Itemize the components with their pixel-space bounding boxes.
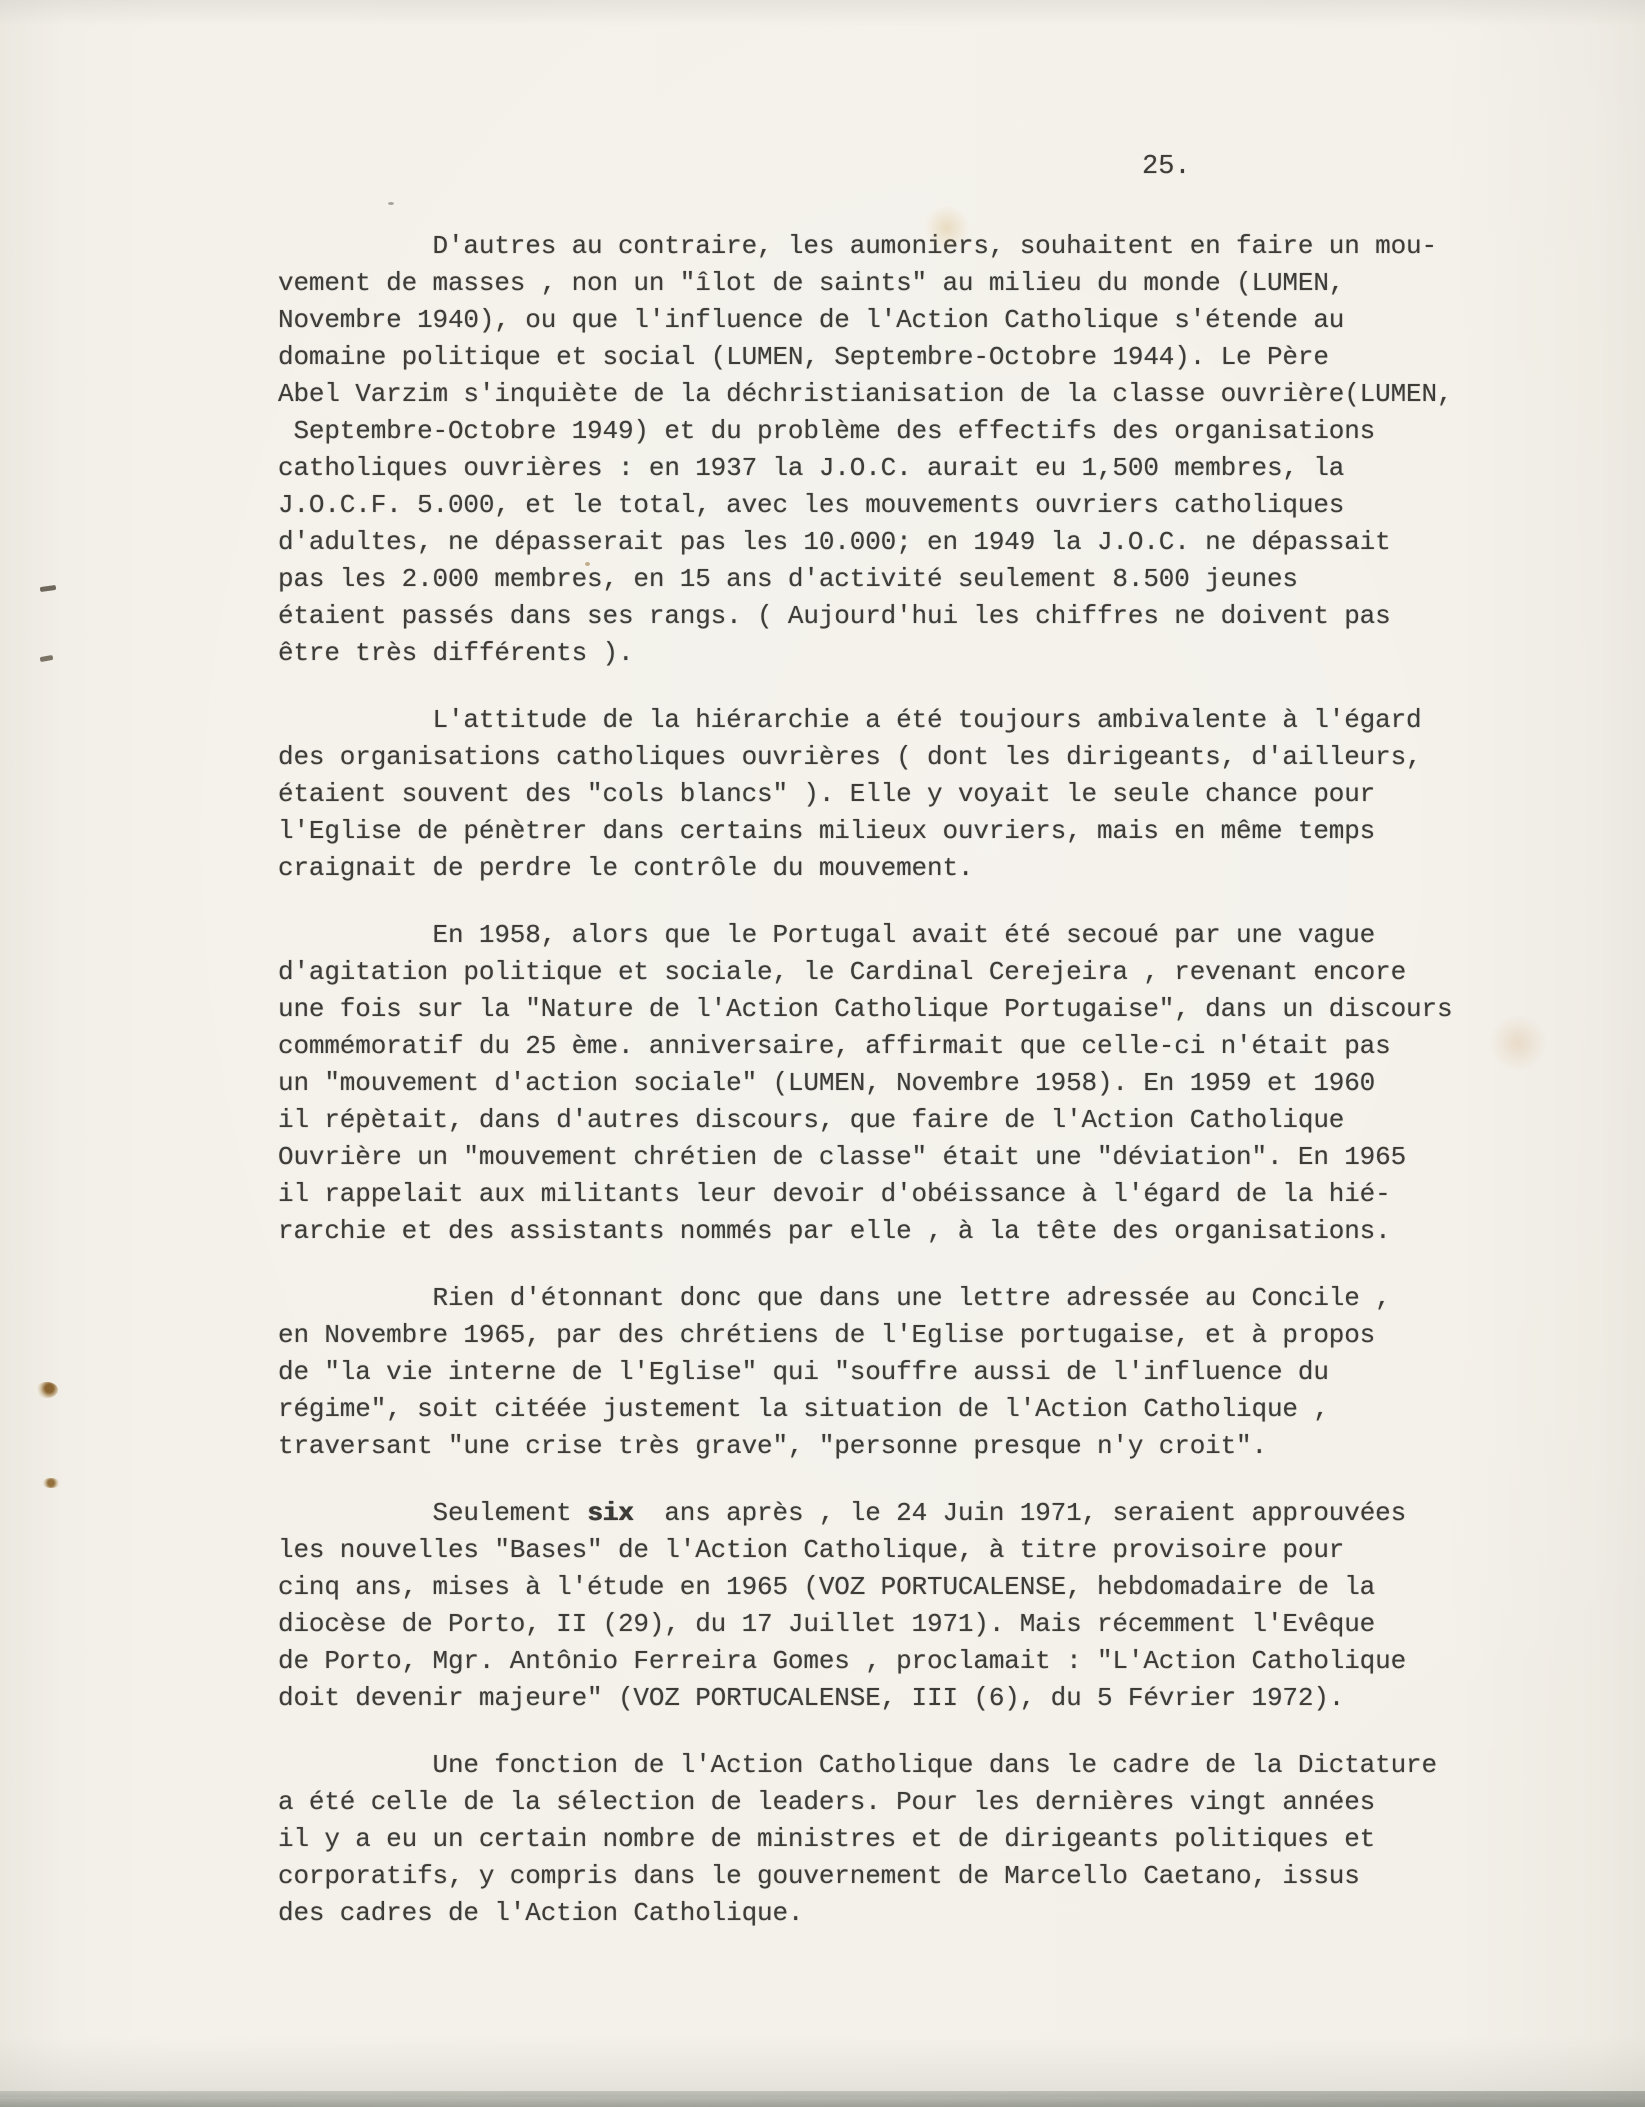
text-line: de Porto, Mgr. Antônio Ferreira Gomes , … — [278, 1643, 1518, 1680]
text-line: traversant "une crise très grave", "pers… — [278, 1428, 1518, 1465]
paper-stain — [36, 1382, 58, 1398]
overstruck-word: six — [587, 1498, 633, 1528]
text-line: il rappelait aux militants leur devoir d… — [278, 1176, 1518, 1213]
text-line: domaine politique et social (LUMEN, Sept… — [278, 339, 1518, 376]
text-line: Abel Varzim s'inquiète de la déchristian… — [278, 376, 1518, 413]
text-line: Seulement six ans après , le 24 Juin 197… — [278, 1495, 1518, 1532]
text-line: vement de masses , non un "îlot de saint… — [278, 265, 1518, 302]
text-line: diocèse de Porto, II (29), du 17 Juillet… — [278, 1606, 1518, 1643]
scan-edge-top — [0, 0, 1645, 26]
text-line: corporatifs, y compris dans le gouvernem… — [278, 1858, 1518, 1895]
scan-edge-shadow — [0, 2037, 1645, 2097]
scanned-page: 25. D'autres au contraire, les aumoniers… — [0, 0, 1645, 2107]
text-line: Rien d'étonnant donc que dans une lettre… — [278, 1280, 1518, 1317]
text-line: catholiques ouvrières : en 1937 la J.O.C… — [278, 450, 1518, 487]
pencil-mark — [40, 585, 57, 592]
text-line: craignait de perdre le contrôle du mouve… — [278, 850, 1518, 887]
text-line: Ouvrière un "mouvement chrétien de class… — [278, 1139, 1518, 1176]
text-line: d'agitation politique et sociale, le Car… — [278, 954, 1518, 991]
paragraph: D'autres au contraire, les aumoniers, so… — [278, 228, 1518, 672]
pencil-mark — [40, 655, 54, 662]
scan-edge-bottom — [0, 2091, 1645, 2107]
text-line: il répètait, dans d'autres discours, que… — [278, 1102, 1518, 1139]
text-line: régime", soit citéée justement la situat… — [278, 1391, 1518, 1428]
text-line: rarchie et des assistants nommés par ell… — [278, 1213, 1518, 1250]
paragraph: L'attitude de la hiérarchie a été toujou… — [278, 702, 1518, 887]
text-line: L'attitude de la hiérarchie a été toujou… — [278, 702, 1518, 739]
text-line: cinq ans, mises à l'étude en 1965 (VOZ P… — [278, 1569, 1518, 1606]
paper-speck — [585, 562, 590, 566]
text-line: des cadres de l'Action Catholique. — [278, 1895, 1518, 1932]
paragraph: En 1958, alors que le Portugal avait été… — [278, 917, 1518, 1250]
text-line: il y a eu un certain nombre de ministres… — [278, 1821, 1518, 1858]
text-line: étaient passés dans ses rangs. ( Aujourd… — [278, 598, 1518, 635]
text-line: commémoratif du 25 ème. anniversaire, af… — [278, 1028, 1518, 1065]
text-line: les nouvelles "Bases" de l'Action Cathol… — [278, 1532, 1518, 1569]
paper-stain — [42, 1478, 60, 1488]
text-line: J.O.C.F. 5.000, et le total, avec les mo… — [278, 487, 1518, 524]
text-line: Novembre 1940), ou que l'influence de l'… — [278, 302, 1518, 339]
text-line: a été celle de la sélection de leaders. … — [278, 1784, 1518, 1821]
text-line: Septembre-Octobre 1949) et du problème d… — [278, 413, 1518, 450]
text-line: être très différents ). — [278, 635, 1518, 672]
text-line: un "mouvement d'action sociale" (LUMEN, … — [278, 1065, 1518, 1102]
paragraph: Seulement six ans après , le 24 Juin 197… — [278, 1495, 1518, 1717]
text-line: de "la vie interne de l'Eglise" qui "sou… — [278, 1354, 1518, 1391]
text-line: l'Eglise de pénètrer dans certains milie… — [278, 813, 1518, 850]
text-line: en Novembre 1965, par des chrétiens de l… — [278, 1317, 1518, 1354]
text-line: D'autres au contraire, les aumoniers, so… — [278, 228, 1518, 265]
paper-smudge — [925, 205, 969, 251]
document-body: D'autres au contraire, les aumoniers, so… — [278, 228, 1518, 1962]
text-line: Une fonction de l'Action Catholique dans… — [278, 1747, 1518, 1784]
text-line: étaient souvent des "cols blancs" ). Ell… — [278, 776, 1518, 813]
paragraph: Rien d'étonnant donc que dans une lettre… — [278, 1280, 1518, 1465]
paragraph: Une fonction de l'Action Catholique dans… — [278, 1747, 1518, 1932]
text-line: d'adultes, ne dépasserait pas les 10.000… — [278, 524, 1518, 561]
text-line: doit devenir majeure" (VOZ PORTUCALENSE,… — [278, 1680, 1518, 1717]
text-line: pas les 2.000 membres, en 15 ans d'activ… — [278, 561, 1518, 598]
text-line: En 1958, alors que le Portugal avait été… — [278, 917, 1518, 954]
text-line: une fois sur la "Nature de l'Action Cath… — [278, 991, 1518, 1028]
paper-smudge — [1488, 1015, 1548, 1071]
text-line: des organisations catholiques ouvrières … — [278, 739, 1518, 776]
page-number: 25. — [1142, 152, 1191, 182]
paper-speck — [388, 202, 394, 205]
